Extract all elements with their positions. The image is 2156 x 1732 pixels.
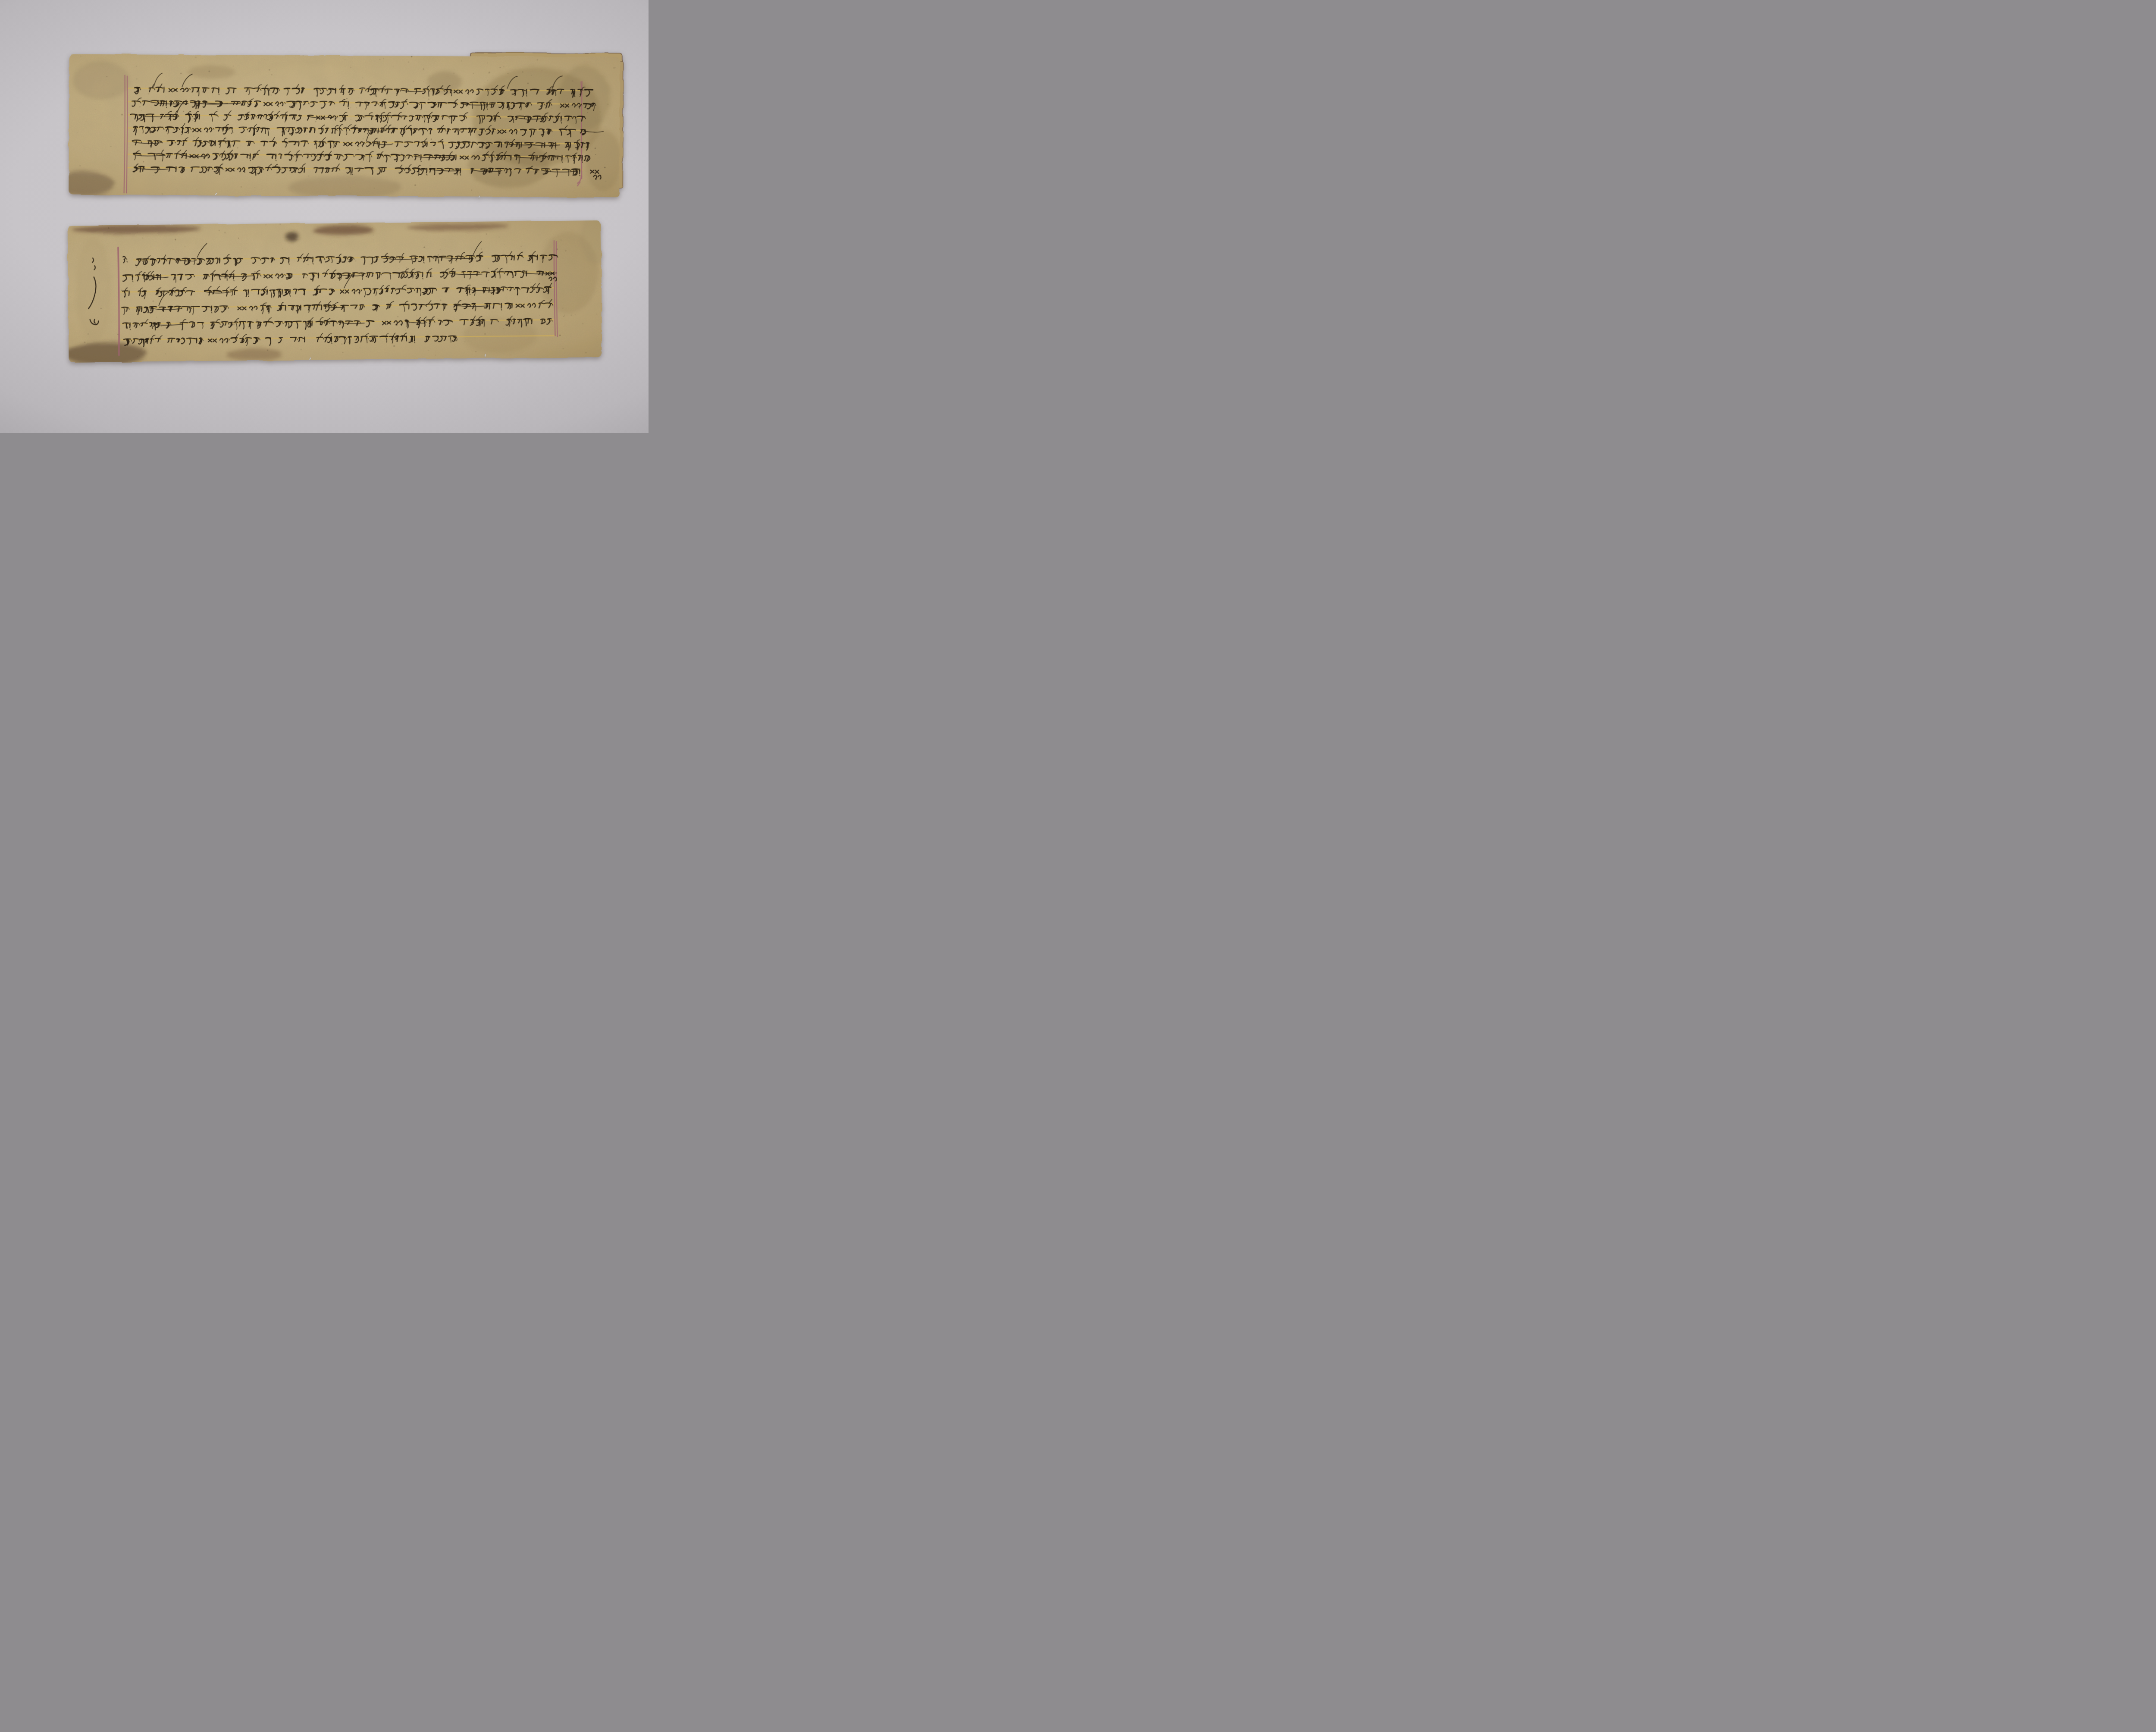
manuscript-leaf-upper bbox=[69, 54, 620, 198]
leaf-upper-rendering bbox=[62, 47, 627, 204]
manuscript-leaf-lower bbox=[68, 220, 602, 362]
leaf-lower-rendering bbox=[60, 213, 609, 369]
photograph-background bbox=[0, 0, 649, 433]
